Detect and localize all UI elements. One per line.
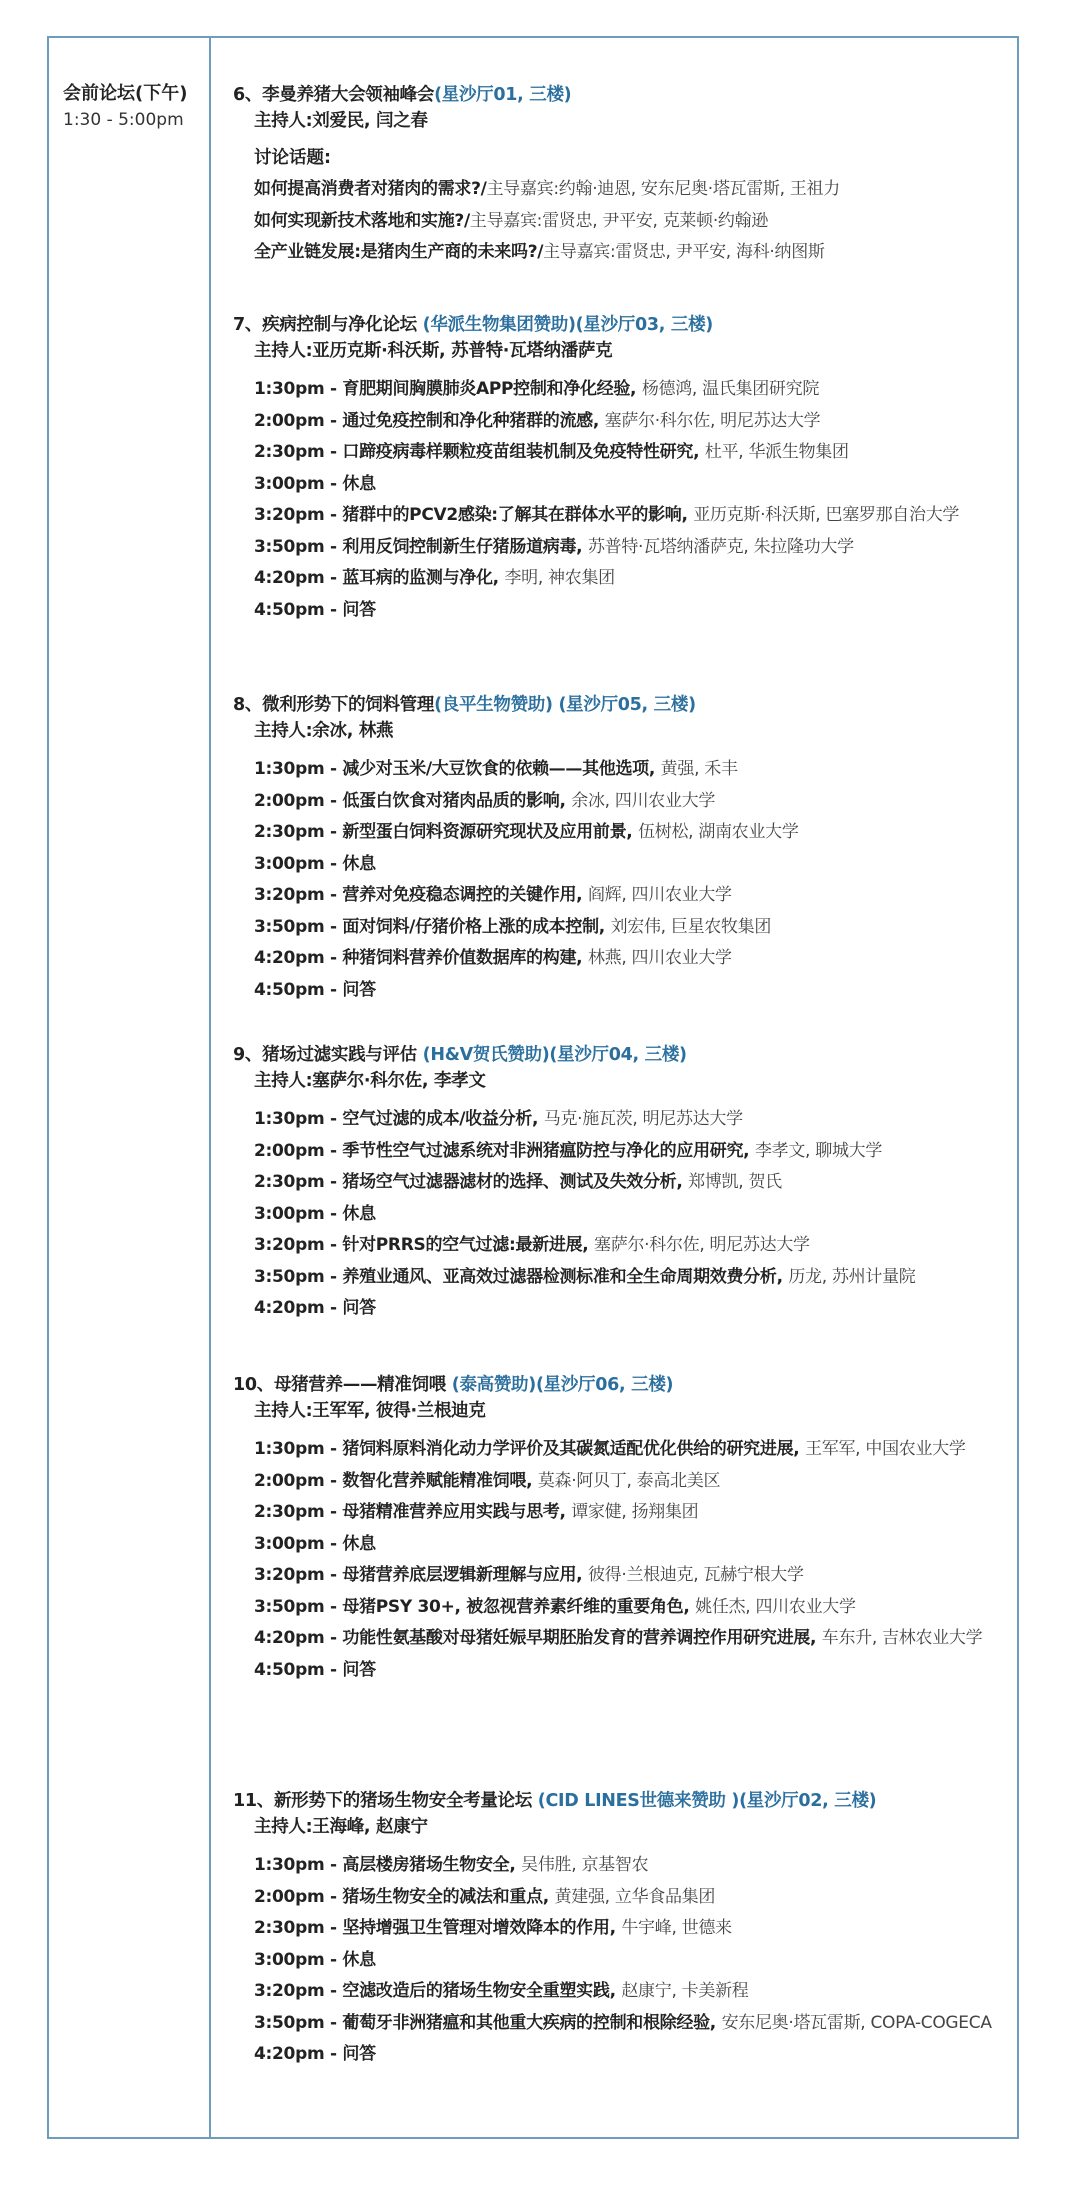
agenda-item: 4:20pm - 功能性氨基酸对母猪妊娠早期胚胎发育的营养调控作用研究进展, 车… [254, 1623, 1014, 1655]
session-title-text: 9、猪场过滤实践与评估 [233, 1045, 423, 1065]
session-title: 7、疾病控制与净化论坛 (华派生物集团赞助)(星沙厅03, 三楼) [233, 312, 1013, 338]
agenda-title: 母猪营养底层逻辑新理解与应用, [342, 1565, 588, 1585]
agenda-time: 2:00pm - [254, 411, 342, 431]
agenda-title: 季节性空气过滤系统对非洲猪瘟防控与净化的应用研究, [342, 1141, 755, 1161]
agenda-title: 低蛋白饮食对猪肉品质的影响, [342, 791, 571, 811]
session-6: 6、李曼养猪大会领袖峰会(星沙厅01, 三楼) 主持人:刘爱民, 闫之春 讨论话… [233, 82, 1013, 269]
agenda-time: 4:20pm - [254, 1298, 342, 1318]
agenda-item: 3:00pm - 休息 [254, 469, 1014, 501]
topic-item: 如何提高消费者对猪肉的需求?/主导嘉宾:约翰·迪恩, 安东尼奥·塔瓦雷斯, 王祖… [254, 174, 1013, 206]
agenda-item: 4:50pm - 问答 [254, 1655, 1014, 1687]
topic-guests: 主导嘉宾:约翰·迪恩, 安东尼奥·塔瓦雷斯, 王祖力 [487, 179, 840, 199]
session-location: (星沙厅05, 三楼) [553, 695, 696, 715]
agenda-title: 育肥期间胸膜肺炎APP控制和净化经验, [342, 379, 641, 399]
agenda-title: 针对PRRS的空气过滤:最新进展, [342, 1235, 594, 1255]
agenda-item: 4:50pm - 问答 [254, 595, 1014, 627]
agenda-speaker: 郑博凯, 贺氏 [688, 1172, 782, 1192]
session-host: 主持人:亚历克斯·科沃斯, 苏普特·瓦塔纳潘萨克 [233, 338, 1013, 364]
agenda-time: 3:00pm - [254, 474, 342, 494]
agenda-title: 猪场空气过滤器滤材的选择、测试及失效分析, [342, 1172, 688, 1192]
agenda-title: 问答 [342, 2044, 375, 2064]
agenda-item: 3:50pm - 养殖业通风、亚高效过滤器检测标准和全生命周期效费分析, 历龙,… [254, 1262, 1014, 1294]
agenda-item: 4:20pm - 种猪饲料营养价值数据库的构建, 林燕, 四川农业大学 [254, 943, 1014, 975]
agenda-time: 2:30pm - [254, 1172, 342, 1192]
agenda-title: 休息 [342, 474, 375, 494]
agenda-speaker: 莫森·阿贝丁, 泰高北美区 [538, 1471, 720, 1491]
agenda-time: 2:00pm - [254, 791, 342, 811]
agenda-speaker: 马克·施瓦茨, 明尼苏达大学 [544, 1109, 743, 1129]
agenda-list: 1:30pm - 减少对玉米/大豆饮食的依赖——其他选项, 黄强, 禾丰 2:0… [233, 754, 1014, 1006]
session-sponsor: (H&V贺氏赞助) [423, 1045, 550, 1065]
agenda-speaker: 李明, 神农集团 [504, 568, 614, 588]
agenda-item: 2:00pm - 数智化营养赋能精准饲喂, 莫森·阿贝丁, 泰高北美区 [254, 1466, 1014, 1498]
session-location: (星沙厅06, 三楼) [536, 1375, 673, 1395]
topics-list: 如何提高消费者对猪肉的需求?/主导嘉宾:约翰·迪恩, 安东尼奥·塔瓦雷斯, 王祖… [233, 174, 1013, 269]
agenda-time: 3:50pm - [254, 1597, 342, 1617]
agenda-time: 2:00pm - [254, 1141, 342, 1161]
agenda-title: 猪饲料原料消化动力学评价及其碳氮适配优化供给的研究进展, [342, 1439, 805, 1459]
agenda-time: 4:20pm - [254, 2044, 342, 2064]
agenda-time: 4:50pm - [254, 1660, 342, 1680]
session-title-text: 6、李曼养猪大会领袖峰会 [233, 85, 434, 105]
session-sponsor: (CID LINES世德来赞助 ) [538, 1791, 739, 1811]
agenda-title: 种猪饲料营养价值数据库的构建, [342, 948, 588, 968]
agenda-item: 2:00pm - 通过免疫控制和净化种猪群的流感, 塞萨尔·科尔佐, 明尼苏达大… [254, 406, 1014, 438]
agenda-speaker: 阎辉, 四川农业大学 [588, 885, 732, 905]
agenda-title: 空滤改造后的猪场生物安全重塑实践, [342, 1981, 621, 2001]
agenda-time: 3:20pm - [254, 505, 342, 525]
agenda-time: 1:30pm - [254, 379, 342, 399]
agenda-item: 3:20pm - 营养对免疫稳态调控的关键作用, 阎辉, 四川农业大学 [254, 880, 1014, 912]
agenda-title: 功能性氨基酸对母猪妊娠早期胚胎发育的营养调控作用研究进展, [342, 1628, 821, 1648]
agenda-item: 3:50pm - 母猪PSY 30+, 被忽视营养素纤维的重要角色, 姚任杰, … [254, 1592, 1014, 1624]
agenda-time: 1:30pm - [254, 759, 342, 779]
agenda-time: 3:50pm - [254, 2013, 342, 2033]
session-location: (星沙厅03, 三楼) [576, 315, 713, 335]
agenda-speaker: 历龙, 苏州计量院 [788, 1267, 915, 1287]
agenda-item: 4:20pm - 问答 [254, 1293, 1014, 1325]
agenda-speaker: 车东升, 吉林农业大学 [822, 1628, 983, 1648]
agenda-time: 4:20pm - [254, 948, 342, 968]
agenda-title: 休息 [342, 854, 375, 874]
agenda-speaker: 杜平, 华派生物集团 [705, 442, 849, 462]
agenda-speaker: 吴伟胜, 京基智农 [521, 1855, 648, 1875]
agenda-time: 2:30pm - [254, 1502, 342, 1522]
session-sponsor: (华派生物集团赞助) [423, 315, 576, 335]
session-sponsor: (良平生物赞助) [434, 695, 553, 715]
agenda-time: 4:20pm - [254, 1628, 342, 1648]
agenda-item: 3:20pm - 猪群中的PCV2感染:了解其在群体水平的影响, 亚历克斯·科沃… [254, 500, 1014, 532]
agenda-title: 营养对免疫稳态调控的关键作用, [342, 885, 588, 905]
agenda-time: 2:30pm - [254, 822, 342, 842]
agenda-item: 3:00pm - 休息 [254, 1529, 1014, 1561]
agenda-list: 1:30pm - 高层楼房猪场生物安全, 吴伟胜, 京基智农 2:00pm - … [233, 1850, 1014, 2071]
agenda-title: 利用反饲控制新生仔猪肠道病毒, [342, 537, 588, 557]
topic-item: 如何实现新技术落地和实施?/主导嘉宾:雷贤忠, 尹平安, 克莱顿·约翰逊 [254, 206, 1013, 238]
agenda-speaker: 塞萨尔·科尔佐, 明尼苏达大学 [605, 411, 821, 431]
agenda-speaker: 王军军, 中国农业大学 [805, 1439, 966, 1459]
agenda-list: 1:30pm - 育肥期间胸膜肺炎APP控制和净化经验, 杨德鸿, 温氏集团研究… [233, 374, 1014, 626]
agenda-list: 1:30pm - 猪饲料原料消化动力学评价及其碳氮适配优化供给的研究进展, 王军… [233, 1434, 1014, 1686]
topic-question: 全产业链发展:是猪肉生产商的未来吗?/ [254, 242, 543, 262]
agenda-speaker: 亚历克斯·科沃斯, 巴塞罗那自治大学 [693, 505, 959, 525]
agenda-speaker: 苏普特·瓦塔纳潘萨克, 朱拉隆功大学 [588, 537, 854, 557]
agenda-item: 2:00pm - 猪场生物安全的减法和重点, 黄建强, 立华食品集团 [254, 1882, 1014, 1914]
session-host: 主持人:余冰, 林燕 [233, 718, 1013, 744]
agenda-title: 高层楼房猪场生物安全, [342, 1855, 521, 1875]
session-host: 主持人:王军军, 彼得·兰根迪克 [233, 1398, 1013, 1424]
topic-item: 全产业链发展:是猪肉生产商的未来吗?/主导嘉宾:雷贤忠, 尹平安, 海科·纳图斯 [254, 237, 1013, 269]
agenda-item: 1:30pm - 空气过滤的成本/收益分析, 马克·施瓦茨, 明尼苏达大学 [254, 1104, 1014, 1136]
topic-guests: 主导嘉宾:雷贤忠, 尹平安, 海科·纳图斯 [543, 242, 824, 262]
agenda-time: 3:50pm - [254, 1267, 342, 1287]
agenda-item: 4:20pm - 蓝耳病的监测与净化, 李明, 神农集团 [254, 563, 1014, 595]
agenda-item: 1:30pm - 猪饲料原料消化动力学评价及其碳氮适配优化供给的研究进展, 王军… [254, 1434, 1014, 1466]
agenda-item: 2:00pm - 季节性空气过滤系统对非洲猪瘟防控与净化的应用研究, 李孝文, … [254, 1136, 1014, 1168]
agenda-title: 问答 [342, 1660, 375, 1680]
agenda-time: 2:30pm - [254, 1918, 342, 1938]
agenda-item: 3:00pm - 休息 [254, 1945, 1014, 1977]
session-host: 主持人:王海峰, 赵康宁 [233, 1814, 1013, 1840]
column-divider [209, 36, 211, 2139]
agenda-title: 数智化营养赋能精准饲喂, [342, 1471, 537, 1491]
agenda-title: 母猪精准营养应用实践与思考, [342, 1502, 571, 1522]
agenda-item: 3:50pm - 葡萄牙非洲猪瘟和其他重大疾病的控制和根除经验, 安东尼奥·塔瓦… [254, 2008, 1014, 2040]
agenda-title: 问答 [342, 980, 375, 1000]
agenda-item: 3:20pm - 针对PRRS的空气过滤:最新进展, 塞萨尔·科尔佐, 明尼苏达… [254, 1230, 1014, 1262]
agenda-title: 减少对玉米/大豆饮食的依赖——其他选项, [342, 759, 660, 779]
agenda-speaker: 杨德鸿, 温氏集团研究院 [642, 379, 819, 399]
agenda-title: 母猪PSY 30+, 被忽视营养素纤维的重要角色, [342, 1597, 695, 1617]
session-10: 10、母猪营养——精准饲喂 (泰高赞助)(星沙厅06, 三楼) 主持人:王军军,… [233, 1372, 1013, 1686]
agenda-item: 4:20pm - 问答 [254, 2039, 1014, 2071]
agenda-title: 猪群中的PCV2感染:了解其在群体水平的影响, [342, 505, 693, 525]
session-block-label: 会前论坛(下午) [63, 82, 187, 106]
session-8: 8、微利形势下的饲料管理(良平生物赞助) (星沙厅05, 三楼) 主持人:余冰,… [233, 692, 1013, 1006]
agenda-item: 1:30pm - 高层楼房猪场生物安全, 吴伟胜, 京基智农 [254, 1850, 1014, 1882]
agenda-list: 1:30pm - 空气过滤的成本/收益分析, 马克·施瓦茨, 明尼苏达大学 2:… [233, 1104, 1014, 1325]
agenda-speaker: 余冰, 四川农业大学 [571, 791, 715, 811]
agenda-title: 问答 [342, 600, 375, 620]
agenda-speaker: 塞萨尔·科尔佐, 明尼苏达大学 [594, 1235, 810, 1255]
agenda-time: 3:00pm - [254, 1204, 342, 1224]
agenda-title: 葡萄牙非洲猪瘟和其他重大疾病的控制和根除经验, [342, 2013, 721, 2033]
topic-guests: 主导嘉宾:雷贤忠, 尹平安, 克莱顿·约翰逊 [470, 211, 768, 231]
session-title-text: 11、新形势下的猪场生物安全考量论坛 [233, 1791, 538, 1811]
agenda-speaker: 林燕, 四川农业大学 [588, 948, 732, 968]
session-7: 7、疾病控制与净化论坛 (华派生物集团赞助)(星沙厅03, 三楼) 主持人:亚历… [233, 312, 1013, 626]
agenda-item: 1:30pm - 减少对玉米/大豆饮食的依赖——其他选项, 黄强, 禾丰 [254, 754, 1014, 786]
agenda-time: 3:00pm - [254, 1534, 342, 1554]
agenda-item: 3:20pm - 母猪营养底层逻辑新理解与应用, 彼得·兰根迪克, 瓦赫宁根大学 [254, 1560, 1014, 1592]
session-block-time: 1:30 - 5:00pm [63, 108, 184, 132]
agenda-title: 猪场生物安全的减法和重点, [342, 1887, 554, 1907]
session-host: 主持人:刘爱民, 闫之春 [233, 108, 1013, 134]
topic-question: 如何提高消费者对猪肉的需求?/ [254, 179, 487, 199]
agenda-item: 4:50pm - 问答 [254, 975, 1014, 1007]
agenda-item: 1:30pm - 育肥期间胸膜肺炎APP控制和净化经验, 杨德鸿, 温氏集团研究… [254, 374, 1014, 406]
agenda-title: 坚持增强卫生管理对增效降本的作用, [342, 1918, 621, 1938]
agenda-item: 3:00pm - 休息 [254, 849, 1014, 881]
agenda-time: 4:20pm - [254, 568, 342, 588]
agenda-time: 2:00pm - [254, 1887, 342, 1907]
agenda-title: 通过免疫控制和净化种猪群的流感, [342, 411, 604, 431]
session-title-text: 8、微利形势下的饲料管理 [233, 695, 434, 715]
agenda-time: 3:50pm - [254, 917, 342, 937]
agenda-time: 3:20pm - [254, 885, 342, 905]
session-location: (星沙厅02, 三楼) [739, 1791, 876, 1811]
agenda-item: 3:00pm - 休息 [254, 1199, 1014, 1231]
agenda-speaker: 安东尼奥·塔瓦雷斯, COPA-COGECA [722, 2013, 992, 2033]
agenda-title: 休息 [342, 1950, 375, 1970]
session-title: 6、李曼养猪大会领袖峰会(星沙厅01, 三楼) [233, 82, 1013, 108]
session-title-text: 10、母猪营养——精准饲喂 [233, 1375, 452, 1395]
session-title: 9、猪场过滤实践与评估 (H&V贺氏赞助)(星沙厅04, 三楼) [233, 1042, 1013, 1068]
agenda-time: 3:20pm - [254, 1981, 342, 2001]
session-9: 9、猪场过滤实践与评估 (H&V贺氏赞助)(星沙厅04, 三楼) 主持人:塞萨尔… [233, 1042, 1013, 1325]
session-sponsor: (泰高赞助) [452, 1375, 536, 1395]
agenda-time: 1:30pm - [254, 1855, 342, 1875]
agenda-title: 休息 [342, 1534, 375, 1554]
agenda-item: 2:30pm - 母猪精准营养应用实践与思考, 谭家健, 扬翔集团 [254, 1497, 1014, 1529]
agenda-time: 2:00pm - [254, 1471, 342, 1491]
agenda-time: 4:50pm - [254, 600, 342, 620]
agenda-time: 1:30pm - [254, 1439, 342, 1459]
agenda-speaker: 黄建强, 立华食品集团 [555, 1887, 716, 1907]
agenda-time: 2:30pm - [254, 442, 342, 462]
session-title: 8、微利形势下的饲料管理(良平生物赞助) (星沙厅05, 三楼) [233, 692, 1013, 718]
session-host: 主持人:塞萨尔·科尔佐, 李孝文 [233, 1068, 1013, 1094]
agenda-speaker: 牛宇峰, 世德来 [621, 1918, 731, 1938]
session-title-text: 7、疾病控制与净化论坛 [233, 315, 423, 335]
agenda-time: 3:50pm - [254, 537, 342, 557]
agenda-title: 面对饲料/仔猪价格上涨的成本控制, [342, 917, 610, 937]
agenda-speaker: 伍树松, 湖南农业大学 [638, 822, 799, 842]
agenda-item: 3:50pm - 面对饲料/仔猪价格上涨的成本控制, 刘宏伟, 巨星农牧集团 [254, 912, 1014, 944]
agenda-title: 空气过滤的成本/收益分析, [342, 1109, 543, 1129]
topic-question: 如何实现新技术落地和实施?/ [254, 211, 470, 231]
agenda-time: 1:30pm - [254, 1109, 342, 1129]
agenda-item: 3:20pm - 空滤改造后的猪场生物安全重塑实践, 赵康宁, 卡美新程 [254, 1976, 1014, 2008]
agenda-time: 3:00pm - [254, 854, 342, 874]
agenda-speaker: 姚任杰, 四川农业大学 [695, 1597, 856, 1617]
agenda-speaker: 黄强, 禾丰 [661, 759, 738, 779]
session-title: 11、新形势下的猪场生物安全考量论坛 (CID LINES世德来赞助 )(星沙厅… [233, 1788, 1013, 1814]
agenda-speaker: 赵康宁, 卡美新程 [621, 1981, 748, 2001]
agenda-time: 3:20pm - [254, 1565, 342, 1585]
session-location: (星沙厅04, 三楼) [549, 1045, 686, 1065]
agenda-title: 问答 [342, 1298, 375, 1318]
agenda-item: 2:30pm - 口蹄疫病毒样颗粒疫苗组装机制及免疫特性研究, 杜平, 华派生物… [254, 437, 1014, 469]
agenda-item: 2:30pm - 猪场空气过滤器滤材的选择、测试及失效分析, 郑博凯, 贺氏 [254, 1167, 1014, 1199]
agenda-speaker: 李孝文, 聊城大学 [755, 1141, 882, 1161]
agenda-speaker: 刘宏伟, 巨星农牧集团 [611, 917, 772, 937]
agenda-item: 2:00pm - 低蛋白饮食对猪肉品质的影响, 余冰, 四川农业大学 [254, 786, 1014, 818]
topics-label: 讨论话题: [233, 145, 1013, 171]
agenda-title: 蓝耳病的监测与净化, [342, 568, 504, 588]
session-11: 11、新形势下的猪场生物安全考量论坛 (CID LINES世德来赞助 )(星沙厅… [233, 1788, 1013, 2071]
agenda-time: 3:20pm - [254, 1235, 342, 1255]
agenda-item: 2:30pm - 新型蛋白饲料资源研究现状及应用前景, 伍树松, 湖南农业大学 [254, 817, 1014, 849]
agenda-time: 4:50pm - [254, 980, 342, 1000]
agenda-item: 2:30pm - 坚持增强卫生管理对增效降本的作用, 牛宇峰, 世德来 [254, 1913, 1014, 1945]
agenda-speaker: 谭家健, 扬翔集团 [571, 1502, 698, 1522]
agenda-time: 3:00pm - [254, 1950, 342, 1970]
agenda-title: 口蹄疫病毒样颗粒疫苗组装机制及免疫特性研究, [342, 442, 704, 462]
agenda-speaker: 彼得·兰根迪克, 瓦赫宁根大学 [588, 1565, 804, 1585]
session-title: 10、母猪营养——精准饲喂 (泰高赞助)(星沙厅06, 三楼) [233, 1372, 1013, 1398]
agenda-title: 休息 [342, 1204, 375, 1224]
agenda-title: 新型蛋白饲料资源研究现状及应用前景, [342, 822, 638, 842]
agenda-title: 养殖业通风、亚高效过滤器检测标准和全生命周期效费分析, [342, 1267, 788, 1287]
session-location: (星沙厅01, 三楼) [434, 85, 571, 105]
agenda-item: 3:50pm - 利用反饲控制新生仔猪肠道病毒, 苏普特·瓦塔纳潘萨克, 朱拉隆… [254, 532, 1014, 564]
